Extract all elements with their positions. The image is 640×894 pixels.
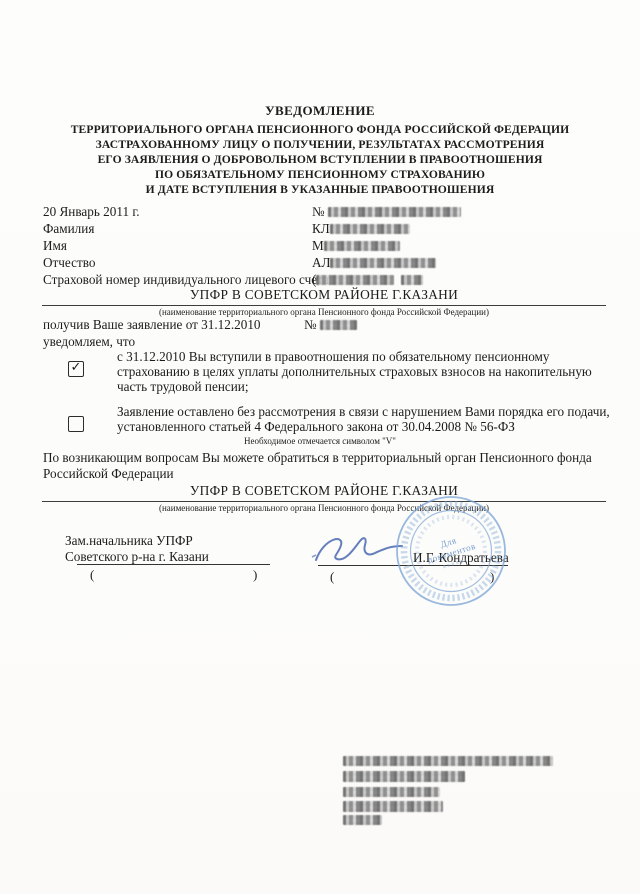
org-caption: (наименование территориального органа Пе… bbox=[42, 503, 606, 513]
paren-open: ( bbox=[90, 567, 94, 583]
checkbox-checked: ✓ bbox=[68, 361, 84, 377]
option-text: с 31.12.2010 Вы вступили в правоотношени… bbox=[117, 349, 603, 395]
org-block-1: УПФР В СОВЕТСКОМ РАЙОНЕ Г.КАЗАНИ (наимен… bbox=[42, 287, 606, 317]
header-line: ПО ОБЯЗАТЕЛЬНОМУ ПЕНСИОННОМУ СТРАХОВАНИЮ bbox=[0, 168, 640, 183]
document-header: ТЕРРИТОРИАЛЬНОГО ОРГАНА ПЕНСИОННОГО ФОНД… bbox=[0, 123, 640, 198]
options-section: ✓ с 31.12.2010 Вы вступили в правоотноше… bbox=[43, 349, 603, 443]
redacted-line bbox=[343, 801, 443, 812]
v-symbol-note: Необходимое отмечается символом "V" bbox=[0, 436, 640, 446]
field-label: Фамилия bbox=[43, 221, 94, 236]
patronymic-row: Отчество АЛ bbox=[43, 254, 603, 271]
number-label: № bbox=[304, 317, 317, 332]
redacted-line bbox=[343, 771, 465, 782]
patronymic-value: АЛ bbox=[312, 254, 436, 271]
org-name: УПФР В СОВЕТСКОМ РАЙОНЕ Г.КАЗАНИ bbox=[42, 483, 606, 499]
application-number: № bbox=[304, 317, 357, 333]
header-line: ЕГО ЗАЯВЛЕНИЯ О ДОБРОВОЛЬНОМ ВСТУПЛЕНИИ … bbox=[0, 153, 640, 168]
redacted-line bbox=[343, 787, 440, 797]
document-title: УВЕДОМЛЕНИЕ bbox=[0, 103, 640, 119]
field-label: Страховой номер индивидуального лицевого… bbox=[43, 272, 329, 287]
org-underline bbox=[42, 305, 606, 306]
round-stamp: Для документов bbox=[394, 494, 508, 608]
value-prefix: КЛ bbox=[312, 221, 330, 236]
header-line: И ДАТЕ ВСТУПЛЕНИЯ В УКАЗАННЫЕ ПРАВООТНОШ… bbox=[0, 183, 640, 198]
given-name-row: Имя М bbox=[43, 237, 603, 254]
redacted-text-block bbox=[343, 756, 553, 825]
option-row-rejected: Заявление оставлено без рассмотрения в с… bbox=[43, 404, 603, 434]
field-label: Имя bbox=[43, 238, 67, 253]
received-line: получив Ваше заявление от 31.12.2010 bbox=[43, 317, 261, 332]
stamp-small-text bbox=[443, 560, 466, 567]
value-prefix: АЛ bbox=[312, 255, 330, 270]
date-value: 20 Январь 2011 г. bbox=[43, 204, 140, 219]
redacted-value bbox=[316, 275, 394, 285]
given-name-value: М bbox=[312, 237, 400, 254]
paren-close: ) bbox=[253, 567, 257, 583]
contact-note: По возникающим вопросам Вы можете обрати… bbox=[43, 450, 592, 482]
received-row: получив Ваше заявление от 31.12.2010 № bbox=[43, 317, 603, 333]
fields-section: 20 Январь 2011 г. № Фамилия КЛ Имя М Отч… bbox=[43, 203, 603, 288]
date-row: 20 Январь 2011 г. № bbox=[43, 203, 603, 220]
signer-position: Зам.начальника УПФР Советского р-на г. К… bbox=[65, 533, 209, 564]
signature-underline-left bbox=[77, 564, 270, 565]
surname-row: Фамилия КЛ bbox=[43, 220, 603, 237]
notify-line: уведомляем, что bbox=[43, 334, 135, 350]
surname-value: КЛ bbox=[312, 220, 410, 237]
header-line: ТЕРРИТОРИАЛЬНОГО ОРГАНА ПЕНСИОННОГО ФОНД… bbox=[0, 123, 640, 138]
org-caption: (наименование территориального органа Пе… bbox=[42, 307, 606, 317]
redacted-value bbox=[330, 224, 410, 234]
scanned-document-page: УВЕДОМЛЕНИЕ ТЕРРИТОРИАЛЬНОГО ОРГАНА ПЕНС… bbox=[0, 0, 640, 894]
field-label: Отчество bbox=[43, 255, 95, 270]
header-line: ЗАСТРАХОВАННОМУ ЛИЦУ О ПОЛУЧЕНИИ, РЕЗУЛЬ… bbox=[0, 138, 640, 153]
redacted-line bbox=[343, 756, 553, 766]
insurance-number-row: Страховой номер индивидуального лицевого… bbox=[43, 271, 603, 288]
check-icon: ✓ bbox=[69, 361, 83, 374]
redacted-value bbox=[330, 258, 436, 268]
redacted-value bbox=[401, 275, 423, 285]
value-prefix: М bbox=[312, 238, 324, 253]
org-name: УПФР В СОВЕТСКОМ РАЙОНЕ Г.КАЗАНИ bbox=[42, 287, 606, 303]
redacted-value bbox=[324, 241, 400, 251]
document-number: № bbox=[312, 203, 461, 220]
number-label: № bbox=[312, 204, 325, 219]
insurance-number-value: ( bbox=[312, 271, 423, 288]
redacted-value bbox=[320, 320, 357, 330]
redacted-value bbox=[328, 207, 461, 217]
option-row-entered: ✓ с 31.12.2010 Вы вступили в правоотноше… bbox=[43, 349, 603, 395]
org-block-2: УПФР В СОВЕТСКОМ РАЙОНЕ Г.КАЗАНИ (наимен… bbox=[42, 483, 606, 513]
redacted-line bbox=[343, 815, 382, 825]
option-text: Заявление оставлено без рассмотрения в с… bbox=[117, 404, 603, 434]
org-underline bbox=[42, 501, 606, 502]
checkbox-unchecked bbox=[68, 416, 84, 432]
